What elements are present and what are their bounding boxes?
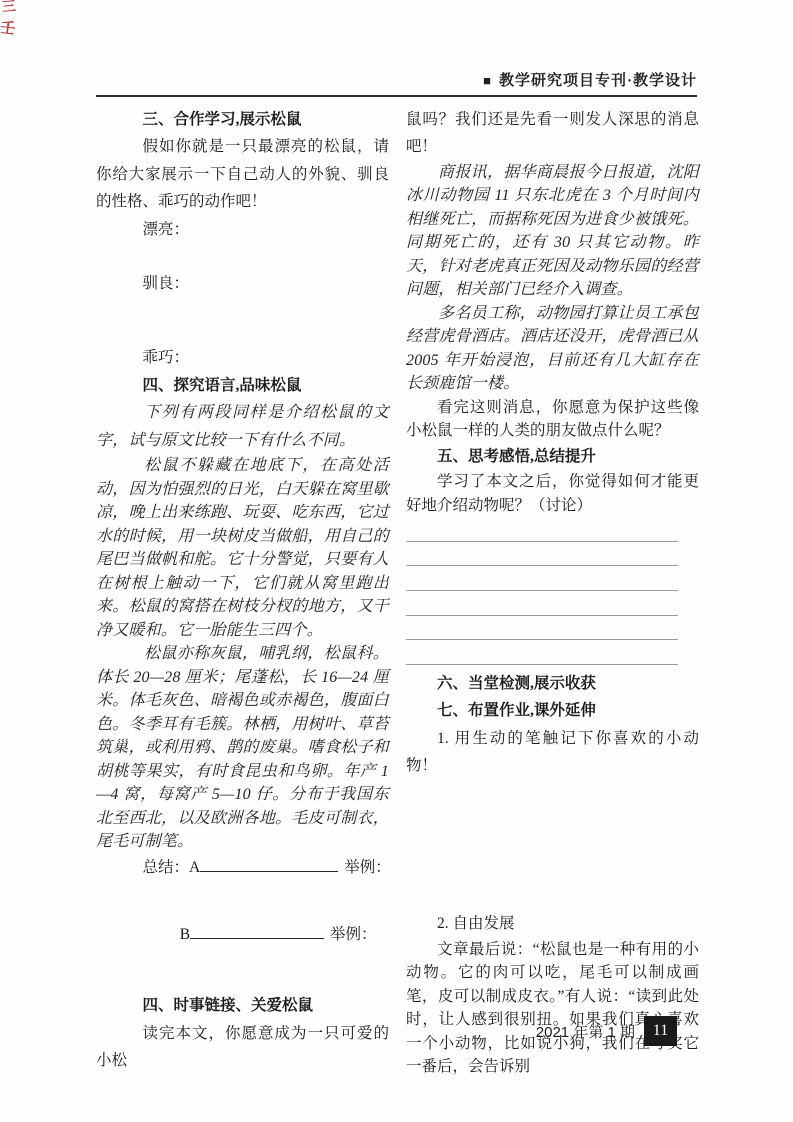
blank-label-clever: 乖巧： — [96, 344, 389, 371]
summary-a-underline-blank — [200, 854, 338, 871]
write-in-line — [406, 640, 678, 665]
write-in-line — [406, 566, 678, 591]
page-number-badge: 11 — [644, 1016, 677, 1046]
write-in-lines — [406, 517, 699, 665]
square-marker-icon: ■ — [483, 73, 492, 88]
page-header: ■教学研究项目专刊·教学设计 — [96, 69, 697, 90]
paragraph-squirrel-excerpt-2: 松鼠亦称灰鼠，哺乳纲，松鼠科。体长 20—28 厘米；尾蓬松，长 16—24 厘… — [96, 642, 389, 854]
write-in-line — [406, 616, 678, 641]
paragraph-protect-animals-question: 看完这则消息，你愿意为保护这些像小松鼠一样的人类的朋友做点什么呢？ — [406, 396, 699, 443]
blank-label-docile: 驯良： — [96, 270, 389, 297]
left-column: 三、合作学习,展示松鼠 假如你就是一只最漂亮的松鼠，请你给大家展示一下自己动人的… — [96, 106, 389, 1075]
issue-label: 2021 年第 1 期 — [536, 1021, 635, 1042]
write-in-line — [406, 542, 678, 567]
summary-b-underline-blank — [190, 922, 324, 939]
paragraph-homework-item-2: 2. 自由发展 — [406, 910, 699, 937]
header-divider — [96, 95, 697, 97]
page-footer: 2021 年第 1 期 11 — [96, 1016, 677, 1046]
journal-page: 三 壬 ■教学研究项目专刊·教学设计 三、合作学习,展示松鼠 假如你就是一只最漂… — [0, 0, 793, 1122]
paragraph-squirrel-excerpt-1: 松鼠不躲藏在地底下，在高处活动，因为怕强烈的日光，白天躲在窝里歇凉，晚上出来练跑… — [96, 454, 389, 642]
summary-a-label: 总结：A — [143, 859, 201, 876]
spacer — [406, 779, 699, 910]
paragraph-compare-task: 下列有两段同样是介绍松鼠的文字，试与原文比较一下有什么不同。 — [96, 399, 389, 454]
summary-b-row: B举例： — [96, 921, 389, 948]
header-title: 教学研究项目专刊·教学设计 — [499, 73, 697, 89]
summary-b-example-label: 举例： — [330, 926, 377, 943]
summary-b-label: B — [180, 926, 190, 943]
section-heading-in-class-test: 六、当堂检测,展示收获 — [406, 670, 699, 697]
paragraph-roleplay-prompt: 假如你就是一只最漂亮的松鼠，请你给大家展示一下自己动人的外貌、驯良的性格、乖巧的… — [96, 133, 389, 215]
section-heading-homework: 七、布置作业,课外延伸 — [406, 697, 699, 724]
print-registration-mark-top: 三 — [1, 0, 16, 15]
spacer — [96, 297, 389, 344]
paragraph-discussion-question: 学习了本文之后，你觉得如何才能更好地介绍动物呢？（讨论） — [406, 470, 699, 517]
paragraph-news-tiger-bone-wine: 多名员工称，动物园打算让员工承包经营虎骨酒店。酒店还没开，虎骨酒已从 2005 … — [406, 302, 699, 396]
paragraph-free-development: 文章最后说：“松鼠也是一种有用的小动物。它的肉可以吃，尾毛可以制成画笔，皮可以制… — [406, 938, 699, 1079]
section-heading-explore-language: 四、探究语言,品味松鼠 — [96, 372, 389, 399]
section-heading-reflection: 五、思考感悟,总结提升 — [406, 443, 699, 470]
print-registration-mark-bottom: 壬 — [0, 21, 16, 38]
section-heading-cooperative-learning: 三、合作学习,展示松鼠 — [96, 106, 389, 133]
spacer — [96, 243, 389, 270]
paragraph-become-squirrel-continued: 鼠吗？我们还是先看一则发人深思的消息吧！ — [406, 106, 699, 161]
blank-label-beauty: 漂亮： — [96, 216, 389, 243]
write-in-line — [406, 591, 678, 616]
spacer — [96, 881, 389, 921]
paragraph-news-tigers: 商报讯，据华商晨报今日报道，沈阳冰川动物园 11 只东北虎在 3 个月时间内相继… — [406, 161, 699, 302]
summary-a-row: 总结：A举例： — [96, 854, 389, 881]
right-column: 鼠吗？我们还是先看一则发人深思的消息吧！ 商报讯，据华商晨报今日报道，沈阳冰川动… — [406, 106, 699, 1079]
write-in-line — [406, 517, 678, 542]
paragraph-homework-item-1: 1. 用生动的笔触记下你喜欢的小动物！ — [406, 725, 699, 780]
summary-a-example-label: 举例： — [344, 859, 391, 876]
spacer — [96, 948, 389, 992]
